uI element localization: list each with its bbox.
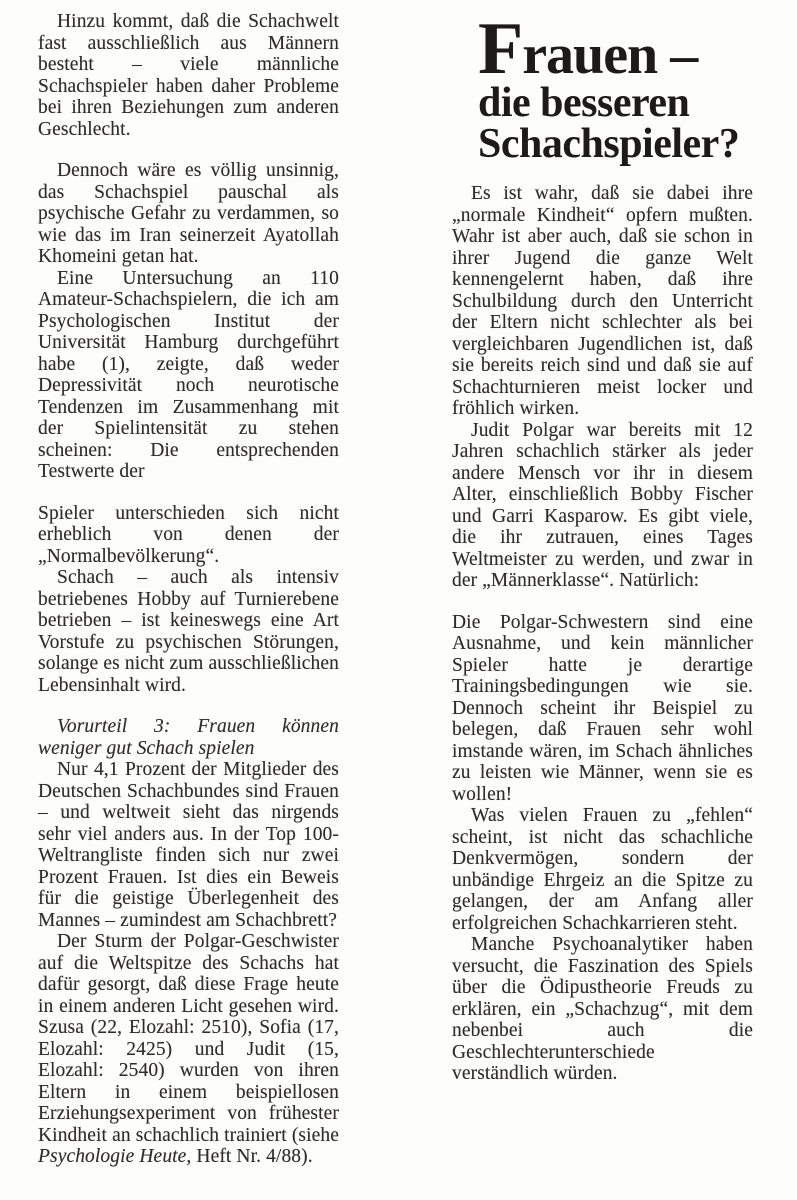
right-text-column: Frauen – die besseren Schachspieler? Es … xyxy=(452,10,753,1085)
italic-text-run: Psychologie Heute, xyxy=(38,1146,191,1167)
body-paragraph: Manche Psychoanalytiker haben versucht, … xyxy=(452,934,753,1085)
article-headline: Frauen – die besseren Schachspieler? xyxy=(478,22,753,165)
text-run: Spieler unterschieden sich nicht erhebli… xyxy=(38,503,339,567)
headline-line-1: Frauen – xyxy=(478,22,753,83)
text-run: Der Sturm der Polgar-Geschwister auf die… xyxy=(38,931,339,1146)
right-column-body: Es ist wahr, daß sie dabei ihre „normale… xyxy=(452,183,753,1085)
body-paragraph: Spieler unterschieden sich nicht erhebli… xyxy=(38,503,339,568)
left-text-column: Hinzu kommt, daß die Schachwelt fast aus… xyxy=(38,11,339,1168)
headline-line-1-text: rauen – xyxy=(522,24,697,86)
text-run: Judit Polgar war bereits mit 12 Jahren s… xyxy=(452,420,753,592)
headline-line-3: Schachspieler? xyxy=(478,124,753,165)
body-paragraph: Eine Untersuchung an 110 Amateur-Schachs… xyxy=(38,268,339,483)
text-run: Was vielen Frauen zu „fehlen“ scheint, i… xyxy=(452,805,753,934)
text-run: Nur 4,1 Prozent der Mitglieder des Deuts… xyxy=(38,759,339,931)
text-run: Eine Untersuchung an 110 Amateur-Schachs… xyxy=(38,268,339,483)
body-paragraph: Nur 4,1 Prozent der Mitglieder des Deuts… xyxy=(38,759,339,931)
text-run: Die Polgar-Schwestern sind eine Ausnahme… xyxy=(452,612,753,805)
body-paragraph: Schach – auch als intensiv betriebenes H… xyxy=(38,567,339,696)
body-paragraph: Die Polgar-Schwestern sind eine Ausnahme… xyxy=(452,612,753,806)
body-paragraph: Der Sturm der Polgar-Geschwister auf die… xyxy=(38,931,339,1168)
body-paragraph: Dennoch wäre es völlig unsinnig, das Sch… xyxy=(38,160,339,268)
body-paragraph: Was vielen Frauen zu „fehlen“ scheint, i… xyxy=(452,805,753,934)
text-run: Dennoch wäre es völlig unsinnig, das Sch… xyxy=(38,160,339,267)
text-run: Es ist wahr, daß sie dabei ihre „normale… xyxy=(452,183,753,419)
body-paragraph: Es ist wahr, daß sie dabei ihre „normale… xyxy=(452,183,753,420)
body-paragraph: Hinzu kommt, daß die Schachwelt fast aus… xyxy=(38,11,339,140)
body-paragraph: Judit Polgar war bereits mit 12 Jahren s… xyxy=(452,420,753,592)
text-run: Schach – auch als intensiv betriebenes H… xyxy=(38,567,339,696)
text-run: Vorurteil 3: Frauen können weniger gut S… xyxy=(38,716,339,759)
text-run: Manche Psychoanalytiker haben versucht, … xyxy=(452,934,753,1084)
headline-initial-cap: F xyxy=(478,8,522,90)
headline-line-2: die besseren xyxy=(478,83,753,124)
text-run: Heft Nr. 4/88). xyxy=(191,1146,312,1167)
text-run: Hinzu kommt, daß die Schachwelt fast aus… xyxy=(38,11,339,140)
scanned-article-page: Hinzu kommt, daß die Schachwelt fast aus… xyxy=(0,0,797,1200)
subheading-paragraph: Vorurteil 3: Frauen können weniger gut S… xyxy=(38,716,339,759)
